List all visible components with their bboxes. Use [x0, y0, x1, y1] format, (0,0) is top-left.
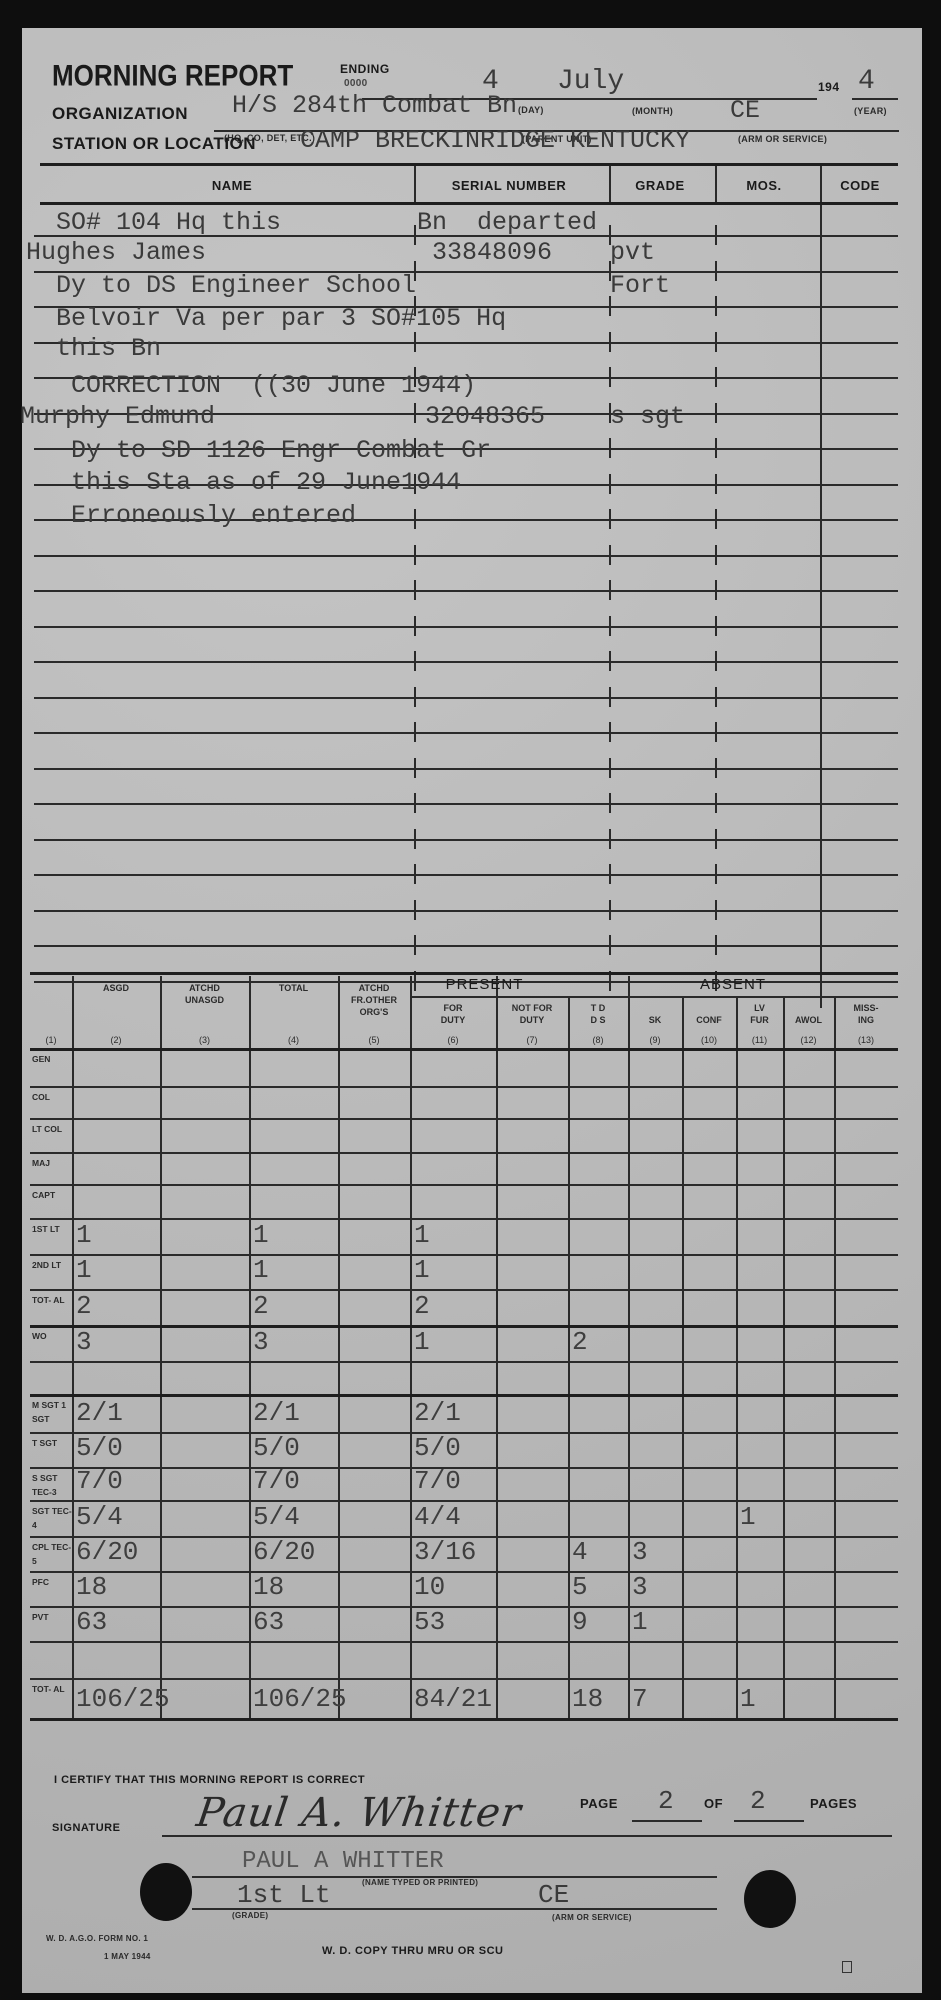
- divider: [414, 166, 416, 204]
- tick-mark: [715, 935, 717, 955]
- row-label: TOT- AL: [32, 1293, 72, 1307]
- cell-value: 2/1: [253, 1398, 300, 1428]
- tick-mark: [609, 829, 611, 849]
- officer-service: CE: [538, 1880, 569, 1910]
- station-label: STATION OR LOCATION: [52, 134, 256, 154]
- tick-mark: [715, 545, 717, 565]
- tick-mark: [715, 332, 717, 352]
- col-header-top: FOR: [410, 1002, 496, 1014]
- tick-mark: [609, 580, 611, 600]
- col-header-top: LV: [736, 1002, 783, 1014]
- entry-name: Murphy Edmund: [20, 402, 215, 431]
- row-rule: [30, 1432, 898, 1434]
- column-divider: [834, 998, 836, 1718]
- tick-mark: [414, 651, 416, 671]
- col-header-top: TOTAL: [249, 982, 338, 994]
- row-label: TOT- AL: [32, 1682, 72, 1696]
- certify-statement: I CERTIFY THAT THIS MORNING REPORT IS CO…: [54, 1774, 365, 1786]
- tick-mark: [715, 261, 717, 281]
- cell-value: 2/1: [414, 1398, 461, 1428]
- row-rule: [30, 1718, 898, 1721]
- col-header-sub: ING: [834, 1014, 898, 1026]
- cell-value: 3: [632, 1537, 648, 1567]
- col-header-number: (1): [30, 1034, 72, 1046]
- col-header-sub: D S: [568, 1014, 628, 1026]
- grade-caption: (GRADE): [232, 1911, 268, 1920]
- cell-value: 7/0: [76, 1466, 123, 1496]
- row-rule: [30, 1606, 898, 1608]
- col-header-top: MISS-: [834, 1002, 898, 1014]
- tick-mark: [414, 580, 416, 600]
- tick-mark: [414, 509, 416, 529]
- signature-label: SIGNATURE: [52, 1822, 120, 1834]
- strength-table-top: [30, 972, 898, 975]
- entry-serial: 32048365: [410, 402, 545, 431]
- morning-report-form: MORNING REPORT ENDING 0000 4 July 194 4 …: [22, 28, 922, 1993]
- tick-mark: [715, 758, 717, 778]
- row-label: PVT: [32, 1610, 72, 1624]
- entry-line: this Bn: [26, 334, 161, 363]
- row-label: GEN: [32, 1052, 72, 1066]
- tick-mark: [609, 651, 611, 671]
- org-caption-service: (ARM OR SERVICE): [738, 134, 827, 144]
- row-label: S SGT TEC-3: [32, 1471, 72, 1499]
- ruled-line: [34, 590, 898, 592]
- pages-label: PAGES: [810, 1796, 857, 1811]
- cell-value: 1: [740, 1684, 756, 1714]
- cell-value: 18: [572, 1684, 603, 1714]
- tick-mark: [414, 935, 416, 955]
- page-total: 2: [750, 1786, 766, 1816]
- entry-line-cont: Fort: [595, 271, 670, 300]
- organization-service: CE: [730, 96, 760, 125]
- signature-line: [162, 1835, 892, 1837]
- cell-value: 10: [414, 1572, 445, 1602]
- cell-value: 63: [253, 1607, 284, 1637]
- punch-hole-right: [744, 1870, 796, 1928]
- cell-value: 1: [414, 1220, 430, 1250]
- ruled-line: [34, 910, 898, 912]
- tick-mark: [715, 651, 717, 671]
- entry-line: Dy to DS Engineer School: [26, 271, 416, 300]
- tick-mark: [414, 332, 416, 352]
- entry-grade: s sgt: [595, 402, 685, 431]
- entry-line: this Sta as of 29 June1944: [26, 468, 461, 497]
- tick-mark: [414, 616, 416, 636]
- entry-line: CORRECTION ((30 June 1944): [26, 371, 476, 400]
- row-rule: [30, 1254, 898, 1256]
- cell-value: 1: [414, 1255, 430, 1285]
- col-header-sub: DUTY: [410, 1014, 496, 1026]
- cell-value: 1: [632, 1607, 648, 1637]
- cell-value: 1: [414, 1327, 430, 1357]
- tick-mark: [715, 296, 717, 316]
- row-rule: [30, 1184, 898, 1186]
- cell-value: 2: [572, 1327, 588, 1357]
- page-label: PAGE: [580, 1796, 618, 1811]
- col-header-top: ATCHD: [160, 982, 249, 994]
- header-bottom-rule: [30, 1048, 898, 1051]
- entry-grade: pvt: [595, 238, 655, 267]
- tick-mark: [609, 545, 611, 565]
- tick-mark: [609, 474, 611, 494]
- officer-grade: 1st Lt: [237, 1880, 331, 1910]
- column-divider: [783, 998, 785, 1718]
- col-header-number: (13): [834, 1034, 898, 1046]
- service-caption: (ARM OR SERVICE): [552, 1913, 632, 1922]
- col-header-number: (4): [249, 1034, 338, 1046]
- cell-value: 5/0: [414, 1433, 461, 1463]
- punch-hole-left: [140, 1863, 192, 1921]
- ruled-line: [34, 945, 898, 947]
- cell-value: 7: [632, 1684, 648, 1714]
- col-header-sub: AWOL: [783, 1014, 834, 1026]
- cell-value: 2: [414, 1291, 430, 1321]
- col-header-mos: MOS.: [714, 178, 814, 193]
- cell-value: 5/0: [253, 1433, 300, 1463]
- month-caption: (MONTH): [632, 106, 673, 116]
- col-header-sub: FUR: [736, 1014, 783, 1026]
- col-header-number: (8): [568, 1034, 628, 1046]
- col-header-number: (12): [783, 1034, 834, 1046]
- tick-mark: [609, 367, 611, 387]
- tick-mark: [414, 545, 416, 565]
- col-header-sub: UNASGD: [160, 994, 249, 1006]
- col-header-name: NAME: [82, 178, 382, 193]
- tick-mark: [715, 474, 717, 494]
- tick-mark: [609, 864, 611, 884]
- tick-mark: [715, 793, 717, 813]
- day-caption: (DAY): [518, 105, 544, 115]
- col-header-number: (9): [628, 1034, 682, 1046]
- cell-value: 9: [572, 1607, 588, 1637]
- tick-mark: [609, 509, 611, 529]
- report-year-suffix: 4: [858, 66, 875, 97]
- row-rule: [30, 1218, 898, 1220]
- col-header-number: (2): [72, 1034, 160, 1046]
- cell-value: 2/1: [76, 1398, 123, 1428]
- cell-value: 1: [253, 1220, 269, 1250]
- row-rule: [30, 1086, 898, 1088]
- tick-mark: [609, 793, 611, 813]
- col-header-sub: SK: [628, 1014, 682, 1026]
- row-label: T SGT: [32, 1436, 72, 1450]
- tick-mark: [715, 509, 717, 529]
- cell-value: 5/4: [76, 1502, 123, 1532]
- cell-value: 7/0: [253, 1466, 300, 1496]
- row-label: CPL TEC-5: [32, 1540, 72, 1568]
- cell-value: 6/20: [253, 1537, 315, 1567]
- row-label: 2ND LT: [32, 1258, 72, 1272]
- cell-value: 106/25: [76, 1684, 170, 1714]
- entry-line: SO# 104 Hq this: [26, 208, 281, 237]
- ruled-line: [34, 839, 898, 841]
- cell-value: 53: [414, 1607, 445, 1637]
- tick-mark: [715, 687, 717, 707]
- cell-value: 5/0: [76, 1433, 123, 1463]
- name-caption: (NAME TYPED OR PRINTED): [362, 1878, 478, 1887]
- tick-mark: [715, 225, 717, 245]
- cell-value: 106/25: [253, 1684, 347, 1714]
- cell-value: 1: [76, 1255, 92, 1285]
- grade-line: [192, 1908, 717, 1910]
- ruled-line: [34, 874, 898, 876]
- ruled-line: [34, 342, 898, 344]
- group-subrule: [410, 996, 898, 998]
- col-header-number: (6): [410, 1034, 496, 1046]
- row-rule: [30, 1500, 898, 1502]
- tick-mark: [414, 864, 416, 884]
- cell-value: 4: [572, 1537, 588, 1567]
- ending-sub: 0000: [344, 78, 367, 89]
- tick-mark: [609, 616, 611, 636]
- report-month: July: [557, 66, 624, 97]
- row-rule: [30, 1118, 898, 1120]
- cell-value: 7/0: [414, 1466, 461, 1496]
- tick-mark: [715, 900, 717, 920]
- row-label: LT COL: [32, 1122, 72, 1136]
- row-label: COL: [32, 1090, 72, 1104]
- cell-value: 5/4: [253, 1502, 300, 1532]
- tick-mark: [414, 900, 416, 920]
- page-line: [632, 1820, 702, 1822]
- row-label: PFC: [32, 1575, 72, 1589]
- tick-mark: [414, 687, 416, 707]
- pages-line: [734, 1820, 804, 1822]
- cell-value: 5: [572, 1572, 588, 1602]
- ruled-line: [34, 555, 898, 557]
- signature: Paul A. Whitter: [194, 1790, 525, 1836]
- col-header-sub: CONF: [682, 1014, 736, 1026]
- organization-label: ORGANIZATION: [52, 104, 188, 124]
- copy-note: W. D. COPY THRU MRU OR SCU: [322, 1945, 503, 1957]
- entry-serial: 33848096: [417, 238, 552, 267]
- col-header-sub: FR.OTHER ORG'S: [338, 994, 410, 1018]
- cell-value: 3: [632, 1572, 648, 1602]
- of-label: OF: [704, 1796, 723, 1811]
- cell-value: 2: [253, 1291, 269, 1321]
- column-divider: [682, 998, 684, 1718]
- ruled-line: [34, 803, 898, 805]
- tick-mark: [609, 687, 611, 707]
- row-rule: [30, 1394, 898, 1397]
- group-present: PRESENT: [412, 976, 557, 993]
- ruled-line: [34, 732, 898, 734]
- col-header-number: (3): [160, 1034, 249, 1046]
- row-label: SGT TEC-4: [32, 1504, 72, 1532]
- tick-mark: [715, 403, 717, 423]
- cell-value: 4/4: [414, 1502, 461, 1532]
- header-divider: [40, 163, 898, 166]
- cell-value: 6/20: [76, 1537, 138, 1567]
- col-header-top: ATCHD: [338, 982, 410, 994]
- ruled-line: [34, 768, 898, 770]
- page-number: 2: [658, 1786, 674, 1816]
- tick-mark: [414, 722, 416, 742]
- row-label: 1ST LT: [32, 1222, 72, 1236]
- col-header-top: NOT FOR: [496, 1002, 568, 1014]
- tick-mark: [715, 438, 717, 458]
- group-absent: ABSENT: [568, 976, 898, 993]
- year-caption: (YEAR): [854, 106, 887, 116]
- ending-label: ENDING: [340, 62, 390, 76]
- row-label: CAPT: [32, 1188, 72, 1202]
- cell-value: 3: [76, 1327, 92, 1357]
- row-rule: [30, 1361, 898, 1363]
- col-header-serial: SERIAL NUMBER: [414, 178, 604, 193]
- tick-mark: [715, 367, 717, 387]
- cell-value: 1: [253, 1255, 269, 1285]
- row-rule: [30, 1467, 898, 1469]
- ruled-line: [34, 661, 898, 663]
- cell-value: 1: [740, 1502, 756, 1532]
- tick-mark: [715, 580, 717, 600]
- entry-line: Erroneously entered: [26, 501, 356, 530]
- col-header-number: (11): [736, 1034, 783, 1046]
- entry-name: Hughes James: [26, 238, 206, 267]
- col-header-number: (5): [338, 1034, 410, 1046]
- tick-mark: [715, 829, 717, 849]
- tick-mark: [715, 616, 717, 636]
- tick-mark: [609, 900, 611, 920]
- form-title: MORNING REPORT: [52, 58, 293, 94]
- col-header-sub: DUTY: [496, 1014, 568, 1026]
- row-label: MAJ: [32, 1156, 72, 1170]
- typed-name: PAUL A WHITTER: [242, 1848, 444, 1875]
- row-rule: [30, 1289, 898, 1291]
- cell-value: 84/21: [414, 1684, 492, 1714]
- tick-mark: [414, 758, 416, 778]
- col-header-grade: GRADE: [610, 178, 710, 193]
- ruled-line: [34, 697, 898, 699]
- name-header-divider: [40, 202, 898, 205]
- row-rule: [30, 1641, 898, 1643]
- row-rule: [30, 1325, 898, 1328]
- organization-value: H/S 284th Combat Bn: [232, 91, 517, 120]
- form-number: W. D. A.G.O. FORM NO. 1: [46, 1934, 148, 1943]
- cell-value: 63: [76, 1607, 107, 1637]
- ruled-line: [34, 626, 898, 628]
- tick-mark: [609, 758, 611, 778]
- station-value: CAMP BRECKINRIDGE KENTUCKY: [300, 126, 690, 155]
- entry-line-cont: Bn departed: [402, 208, 597, 237]
- code-column-divider: [820, 166, 822, 1008]
- row-label: M SGT 1 SGT: [32, 1398, 72, 1426]
- year-prefix: 194: [818, 80, 840, 94]
- row-rule: [30, 1571, 898, 1573]
- tick-mark: [609, 332, 611, 352]
- tick-mark: [609, 935, 611, 955]
- form-date: 1 MAY 1944: [104, 1952, 151, 1961]
- cell-value: 3/16: [414, 1537, 476, 1567]
- col-header-number: (10): [682, 1034, 736, 1046]
- divider: [609, 166, 611, 204]
- cell-value: 1: [76, 1220, 92, 1250]
- col-header-top: T D: [568, 1002, 628, 1014]
- tick-mark: [414, 793, 416, 813]
- entry-line: Dy to SD 1126 Engr Combat Gr: [26, 436, 491, 465]
- tick-mark: [715, 864, 717, 884]
- column-divider: [736, 998, 738, 1718]
- row-rule: [30, 1152, 898, 1154]
- cell-value: 2: [76, 1291, 92, 1321]
- row-label: WO: [32, 1329, 72, 1343]
- checkbox-icon: [842, 1961, 852, 1973]
- tick-mark: [414, 829, 416, 849]
- year-line: [852, 98, 898, 100]
- tick-mark: [609, 438, 611, 458]
- cell-value: 18: [76, 1572, 107, 1602]
- divider: [715, 166, 717, 204]
- col-header-code: CODE: [822, 178, 898, 193]
- col-header-number: (7): [496, 1034, 568, 1046]
- tick-mark: [715, 722, 717, 742]
- tick-mark: [609, 722, 611, 742]
- column-divider: [568, 998, 570, 1718]
- cell-value: 18: [253, 1572, 284, 1602]
- entry-line: Belvoir Va per par 3 SO#105 Hq: [26, 304, 506, 333]
- row-rule: [30, 1678, 898, 1680]
- col-header-top: ASGD: [72, 982, 160, 994]
- cell-value: 3: [253, 1327, 269, 1357]
